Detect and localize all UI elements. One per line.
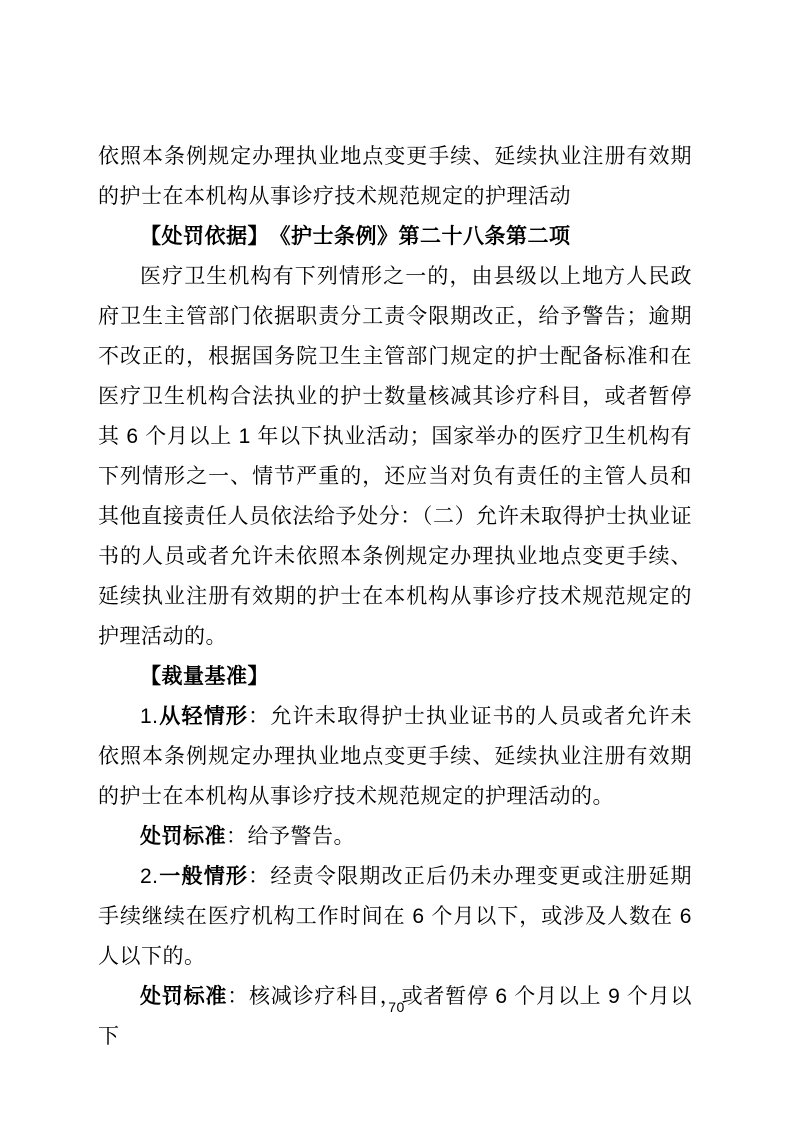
heading-discretion-benchmark: 【裁量基准】 bbox=[98, 657, 692, 697]
paragraph-regulation-text: 医疗卫生机构有下列情形之一的，由县级以上地方人民政府卫生主管部门依据职责分工责令… bbox=[98, 257, 692, 657]
heading-penalty-basis: 【处罚依据】 《护士条例》第二十八条第二项 bbox=[98, 217, 692, 257]
text-run: 2. bbox=[140, 865, 159, 888]
text-run: 依照本条例规定办理执业地点变更手续、延续执业注册有效期的护士在本机构从事诊疗技术… bbox=[98, 145, 692, 208]
paragraph-general-case: 2.一般情形：经责令限期改正后仍未办理变更或注册延期手续继续在医疗机构工作时间在… bbox=[98, 857, 692, 977]
paragraph-penalty-standard-2: 处罚标准：核减诊疗科目，或者暂停 6 个月以上 9 个月以下 bbox=[98, 977, 692, 1057]
page-number: 70 bbox=[388, 999, 405, 1015]
text-run: 【裁量基准】 bbox=[140, 665, 269, 688]
paragraph-penalty-standard-1: 处罚标准：给予警告。 bbox=[98, 817, 692, 857]
paragraph-continuation: 依照本条例规定办理执业地点变更手续、延续执业注册有效期的护士在本机构从事诊疗技术… bbox=[98, 137, 692, 217]
text-run: 一般情形 bbox=[159, 865, 249, 888]
text-run: 处罚标准 bbox=[140, 825, 226, 848]
paragraph-lenient-case: 1.从轻情形：允许未取得护士执业证书的人员或者允许未依照本条例规定办理执业地点变… bbox=[98, 697, 692, 817]
document-body: 依照本条例规定办理执业地点变更手续、延续执业注册有效期的护士在本机构从事诊疗技术… bbox=[98, 137, 692, 1057]
text-run: 1. bbox=[140, 705, 159, 728]
document-page: 依照本条例规定办理执业地点变更手续、延续执业注册有效期的护士在本机构从事诊疗技术… bbox=[0, 0, 793, 1122]
text-run: 医疗卫生机构有下列情形之一的，由县级以上地方人民政府卫生主管部门依据职责分工责令… bbox=[98, 265, 692, 648]
text-run: ：给予警告。 bbox=[226, 825, 355, 848]
page-footer: 70 bbox=[0, 997, 793, 1017]
text-run: 【处罚依据】 《护士条例》第二十八条第二项 bbox=[140, 225, 571, 248]
text-run: 从轻情形 bbox=[159, 705, 249, 728]
